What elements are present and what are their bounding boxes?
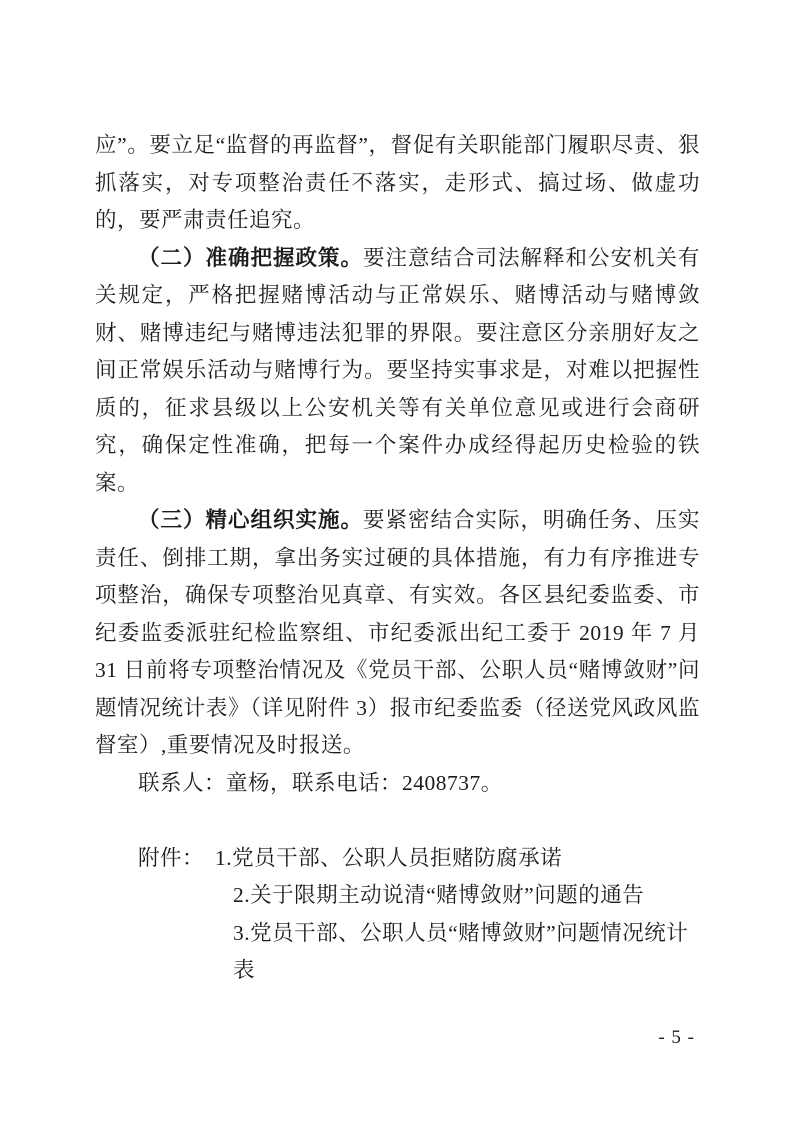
document-page: 应”。要立足“监督的再监督”，督促有关职能部门履职尽责、狠抓落实，对专项整治责任… (0, 0, 793, 1122)
attachment-item-2: 2.关于限期主动说清“赌博敛财”问题的通告 (215, 877, 700, 915)
paragraph-text: 要紧密结合实际，明确任务、压实责任、倒排工期，拿出务实过硬的具体措施，有力有序推… (95, 508, 700, 757)
section-heading-2: （二）准确把握政策。 (138, 246, 363, 270)
page-number: - 5 - (658, 1026, 695, 1050)
attachment-item-3: 3.党员干部、公职人员“赌博敛财”问题情况统计表 (215, 915, 700, 990)
contact-text: 联系人：童杨，联系电话：2408737。 (138, 771, 503, 795)
paragraph-section-2: （二）准确把握政策。要注意结合司法解释和公安机关有关规定，严格把握赌博活动与正常… (95, 240, 700, 503)
paragraph-continued: 应”。要立足“监督的再监督”，督促有关职能部门履职尽责、狠抓落实，对专项整治责任… (95, 127, 700, 240)
attachment-item-1: 1.党员干部、公职人员拒赌防腐承诺 (215, 840, 700, 878)
attachments-block: 附件： 1.党员干部、公职人员拒赌防腐承诺 2.关于限期主动说清“赌博敛财”问题… (95, 840, 700, 990)
paragraph-text: 应”。要立足“监督的再监督”，督促有关职能部门履职尽责、狠抓落实，对专项整治责任… (95, 133, 700, 232)
paragraph-section-3: （三）精心组织实施。要紧密结合实际，明确任务、压实责任、倒排工期，拿出务实过硬的… (95, 502, 700, 765)
attachments-list: 1.党员干部、公职人员拒赌防腐承诺 2.关于限期主动说清“赌博敛财”问题的通告 … (215, 840, 700, 990)
contact-line: 联系人：童杨，联系电话：2408737。 (95, 765, 700, 803)
attachments-label: 附件： (138, 840, 204, 878)
section-heading-3: （三）精心组织实施。 (138, 508, 363, 532)
paragraph-text: 要注意结合司法解释和公安机关有关规定，严格把握赌博活动与正常娱乐、赌博活动与赌博… (95, 246, 700, 495)
document-body: 应”。要立足“监督的再监督”，督促有关职能部门履职尽责、狠抓落实，对专项整治责任… (95, 127, 700, 990)
